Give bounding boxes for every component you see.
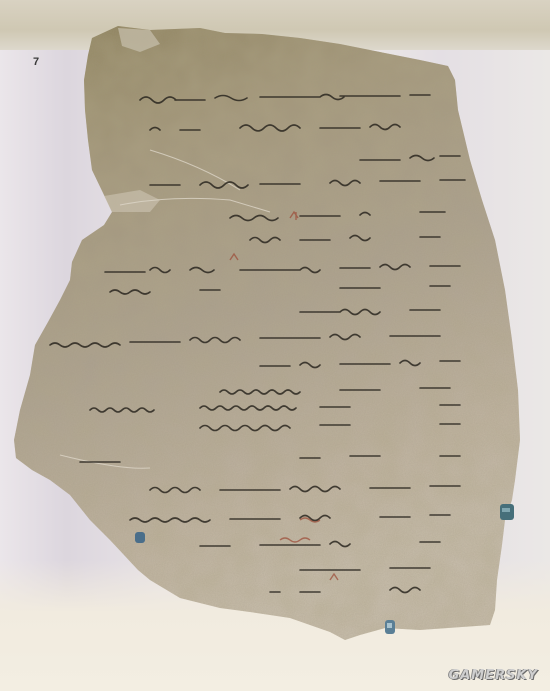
ostracon-artifact (0, 0, 550, 691)
mounting-clip-bottom (383, 618, 399, 638)
watermark-text: GAMERSKY (449, 668, 538, 683)
mounting-clip-right (498, 502, 518, 524)
mounting-clip-left (133, 530, 149, 546)
